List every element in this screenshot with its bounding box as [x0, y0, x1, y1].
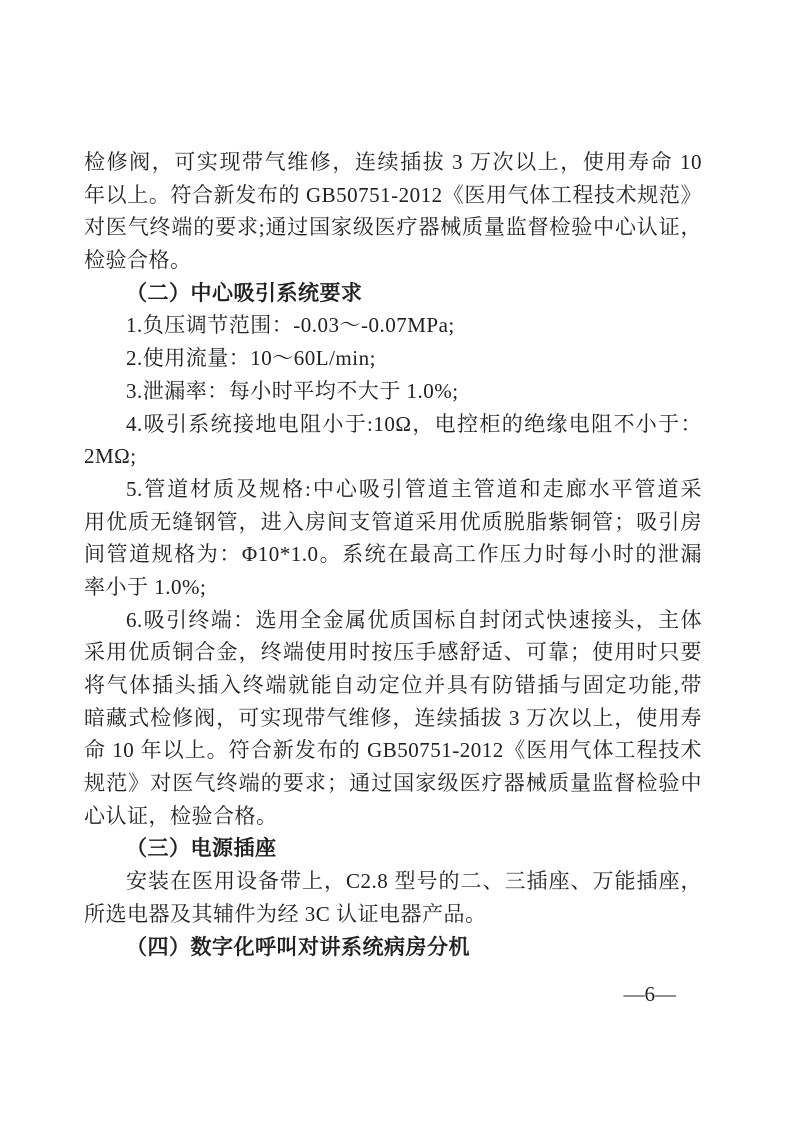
- list-item-3: 3.泄漏率：每小时平均不大于 1.0%;: [84, 375, 702, 408]
- text-line: 心认证，检验合格。: [84, 800, 702, 833]
- section-heading-text: （三）电源插座: [84, 832, 702, 865]
- list-item-6: 6.吸引终端：选用全金属优质国标自封闭式快速接头，主体 采用优质铜合金，终端使用…: [84, 604, 702, 833]
- text-line: 3.泄漏率：每小时平均不大于 1.0%;: [84, 375, 702, 408]
- list-item-4: 4.吸引系统接地电阻小于:10Ω，电控柜的绝缘电阻不小于： 2MΩ;: [84, 408, 702, 473]
- text-line: 2.使用流量：10～60L/min;: [84, 342, 702, 375]
- section-heading-text: （四）数字化呼叫对讲系统病房分机: [84, 931, 702, 964]
- section-heading-2: （二）中心吸引系统要求: [84, 277, 702, 310]
- text-line: 年以上。符合新发布的 GB50751-2012《医用气体工程技术规范》: [84, 179, 702, 212]
- text-line: 采用优质铜合金，终端使用时按压手感舒适、可靠；使用时只要: [84, 636, 702, 669]
- text-line: 率小于 1.0%;: [84, 571, 702, 604]
- page-number: —6—: [624, 982, 677, 1007]
- list-item-1: 1.负压调节范围：-0.03～-0.07MPa;: [84, 309, 702, 342]
- text-line: 对医气终端的要求;通过国家级医疗器械质量监督检验中心认证，: [84, 211, 702, 244]
- section-heading-4: （四）数字化呼叫对讲系统病房分机: [84, 931, 702, 964]
- text-line: 安装在医用设备带上，C2.8 型号的二、三插座、万能插座，: [84, 865, 702, 898]
- text-line: 检修阀，可实现带气维修，连续插拔 3 万次以上，使用寿命 10: [84, 146, 702, 179]
- text-line: 命 10 年以上。符合新发布的 GB50751-2012《医用气体工程技术: [84, 734, 702, 767]
- section-heading-text: （二）中心吸引系统要求: [84, 277, 702, 310]
- section-heading-3: （三）电源插座: [84, 832, 702, 865]
- page-content: 检修阀，可实现带气维修，连续插拔 3 万次以上，使用寿命 10 年以上。符合新发…: [84, 146, 702, 963]
- text-line: 5.管道材质及规格:中心吸引管道主管道和走廊水平管道采: [84, 473, 702, 506]
- text-line: 1.负压调节范围：-0.03～-0.07MPa;: [84, 309, 702, 342]
- document-page: 检修阀，可实现带气维修，连续插拔 3 万次以上，使用寿命 10 年以上。符合新发…: [0, 0, 794, 1123]
- text-line: 检验合格。: [84, 244, 702, 277]
- list-item-2: 2.使用流量：10～60L/min;: [84, 342, 702, 375]
- paragraph-continuation: 检修阀，可实现带气维修，连续插拔 3 万次以上，使用寿命 10 年以上。符合新发…: [84, 146, 702, 277]
- text-line: 暗藏式检修阀，可实现带气维修，连续插拔 3 万次以上，使用寿: [84, 702, 702, 735]
- text-line: 6.吸引终端：选用全金属优质国标自封闭式快速接头，主体: [84, 604, 702, 637]
- list-item-5: 5.管道材质及规格:中心吸引管道主管道和走廊水平管道采 用优质无缝钢管，进入房间…: [84, 473, 702, 604]
- text-line: 所选电器及其辅件为经 3C 认证电器产品。: [84, 898, 702, 931]
- text-line: 规范》对医气终端的要求；通过国家级医疗器械质量监督检验中: [84, 767, 702, 800]
- text-line: 4.吸引系统接地电阻小于:10Ω，电控柜的绝缘电阻不小于：: [84, 408, 702, 441]
- text-line: 2MΩ;: [84, 440, 702, 473]
- text-line: 用优质无缝钢管，进入房间支管道采用优质脱脂紫铜管；吸引房: [84, 506, 702, 539]
- text-line: 将气体插头插入终端就能自动定位并具有防错插与固定功能,带: [84, 669, 702, 702]
- text-line: 间管道规格为：Φ10*1.0。系统在最高工作压力时每小时的泄漏: [84, 538, 702, 571]
- paragraph-power-socket: 安装在医用设备带上，C2.8 型号的二、三插座、万能插座， 所选电器及其辅件为经…: [84, 865, 702, 930]
